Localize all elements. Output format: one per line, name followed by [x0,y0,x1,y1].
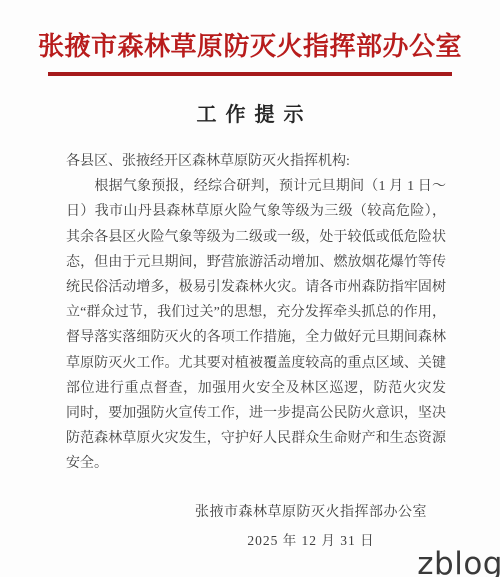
body-line: 其余各县区火险气象等级为二级或一级，处于较低或低危险状 [66,225,446,250]
body-line: 日）我市山丹县森林草原火险气象等级为三级（较高危险）， [66,199,446,224]
body-line: 防范森林草原火灾发生，守护好人民群众生命财产和生态资源 [66,426,446,451]
body-line: 部位进行重点督查，加强用火安全及林区巡逻，防范火灾发生。 [66,376,446,401]
watermark-logo: zblog [417,546,500,577]
body-line: 草原防灭火工作。尤其要对植被覆盖度较高的重点区域、关键 [66,351,446,376]
document-title: 工作提示 [0,98,500,127]
body-line: 安全。 [66,451,446,476]
body-line: 同时，要加强防火宣传工作，进一步提高公民防火意识，坚决 [66,401,446,426]
body-line: 督导落实落细防灭火的各项工作措施，全力做好元旦期间森林 [66,325,446,350]
document-body: 各县区、张掖经开区森林草原防灭火指挥机构: 根据气象预报，经综合研判，预计元旦期… [66,149,446,476]
document-page: 张掖市森林草原防灭火指挥部办公室 工作提示 各县区、张掖经开区森林草原防灭火指挥… [0,0,500,577]
letterhead-org-name: 张掖市森林草原防灭火指挥部办公室 [0,26,500,63]
signature-block: 张掖市森林草原防灭火指挥部办公室 2025 年 12 月 31 日 [195,501,427,549]
body-line: 立“群众过节，我们过关”的思想，充分发挥牵头抓总的作用， [66,300,446,325]
signature-date: 2025 年 12 月 31 日 [195,529,427,549]
body-line: 根据气象预报，经综合研判，预计元旦期间（1 月 1 日～3 [66,174,446,199]
body-line: 统民俗活动增多，极易引发森林火灾。请各市州森防指牢固树 [66,275,446,300]
letterhead-rule [48,72,452,76]
signature-org: 张掖市森林草原防灭火指挥部办公室 [195,501,427,521]
body-line: 各县区、张掖经开区森林草原防灭火指挥机构: [66,149,446,174]
body-line: 态，但由于元旦期间，野营旅游活动增加、燃放烟花爆竹等传 [66,250,446,275]
